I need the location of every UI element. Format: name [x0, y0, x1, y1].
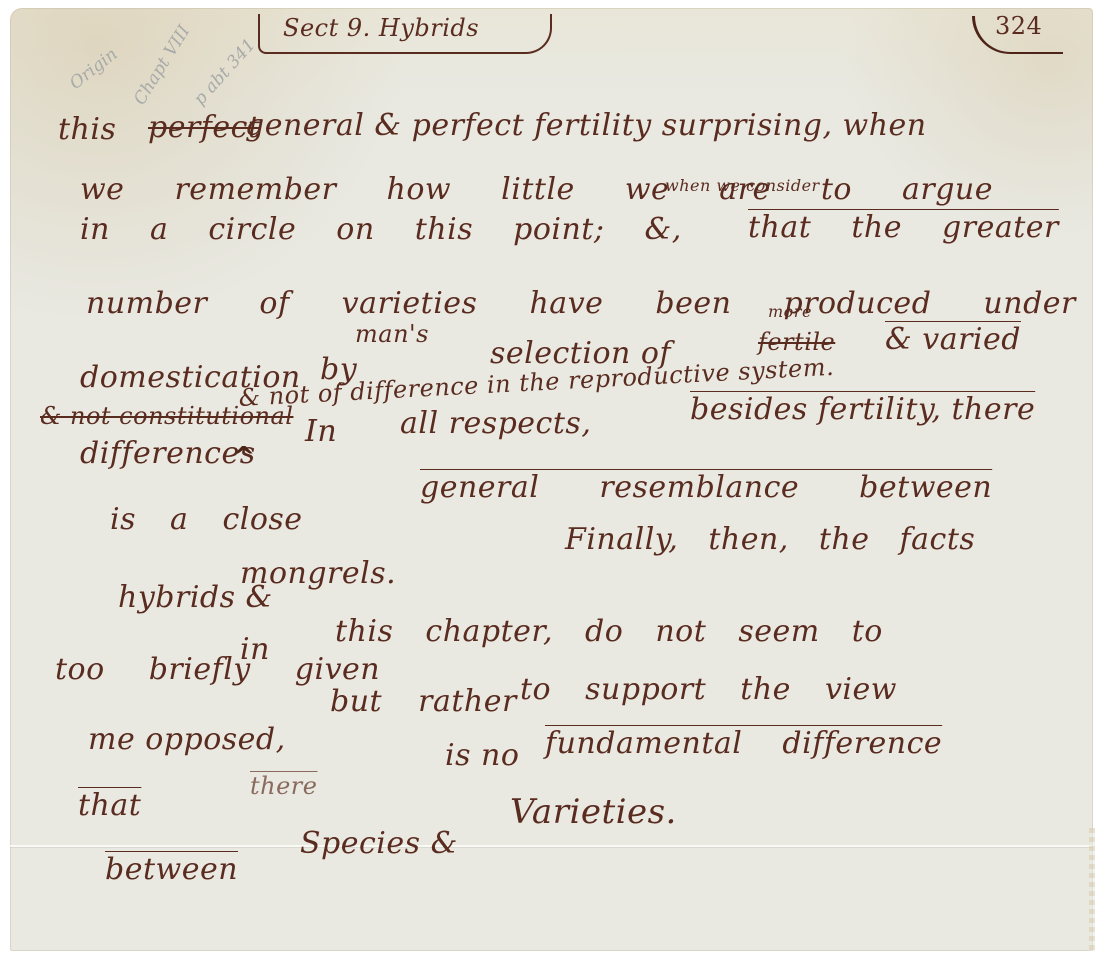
line-16-is-no: is no: [445, 738, 519, 773]
line-1-struck-word: perfect: [148, 110, 261, 145]
torn-edge: [1089, 828, 1095, 951]
line-10-finally: Finally, then, the facts: [565, 522, 975, 557]
line-3-text-b: that the greater: [748, 210, 1059, 245]
line-13-too-briefly: too briefly given: [55, 652, 380, 687]
line-8-differences: differences: [80, 436, 256, 471]
line-3-text-a: in a circle on this point; &,: [80, 212, 682, 247]
line-4-text: number of varieties have been produced u…: [86, 286, 1076, 321]
line-19-species: Species &: [300, 826, 458, 861]
line-14-but-rather: but rather: [330, 684, 517, 719]
line-3-insertion: when we consider: [665, 176, 820, 195]
section-heading: Sect 9. Hybrids: [283, 14, 479, 42]
line-20-between: between: [105, 852, 238, 887]
line-1-text: general & perfect fertility surprising, …: [245, 108, 927, 143]
line-9-general-resemblance: general resemblance between: [420, 470, 992, 505]
line-7-in: In: [305, 414, 337, 449]
line-7-all-respects: all respects,: [400, 406, 591, 441]
page-number: 324: [995, 12, 1042, 40]
line-17-there: there: [250, 772, 317, 800]
line-5-insertion-mans: man's: [355, 320, 429, 348]
line-1-word: this: [58, 112, 116, 147]
line-5-insertion-more: more: [768, 302, 812, 321]
line-15-opposed: me opposed,: [88, 722, 286, 757]
paper-fold-line: [10, 845, 1093, 847]
line-5-struck-word: fertile: [758, 328, 835, 356]
line-7-besides-fertility: besides fertility, there: [690, 392, 1035, 427]
line-14-support-view: to support the view: [520, 672, 897, 707]
line-16-fundamental-difference: fundamental difference: [545, 726, 942, 761]
line-12-this-chapter: this chapter, do not seem to: [335, 614, 883, 649]
line-9-close: is a close: [110, 502, 303, 537]
line-5-varied: & varied: [885, 322, 1021, 357]
line-17-that: that: [78, 788, 141, 823]
line-2-text: we remember how little we are to argue: [80, 172, 993, 207]
insertion-caret-icon: ^: [232, 440, 255, 473]
line-18-varieties: Varieties.: [510, 792, 677, 832]
line-11-hybrids: hybrids &: [118, 580, 273, 615]
